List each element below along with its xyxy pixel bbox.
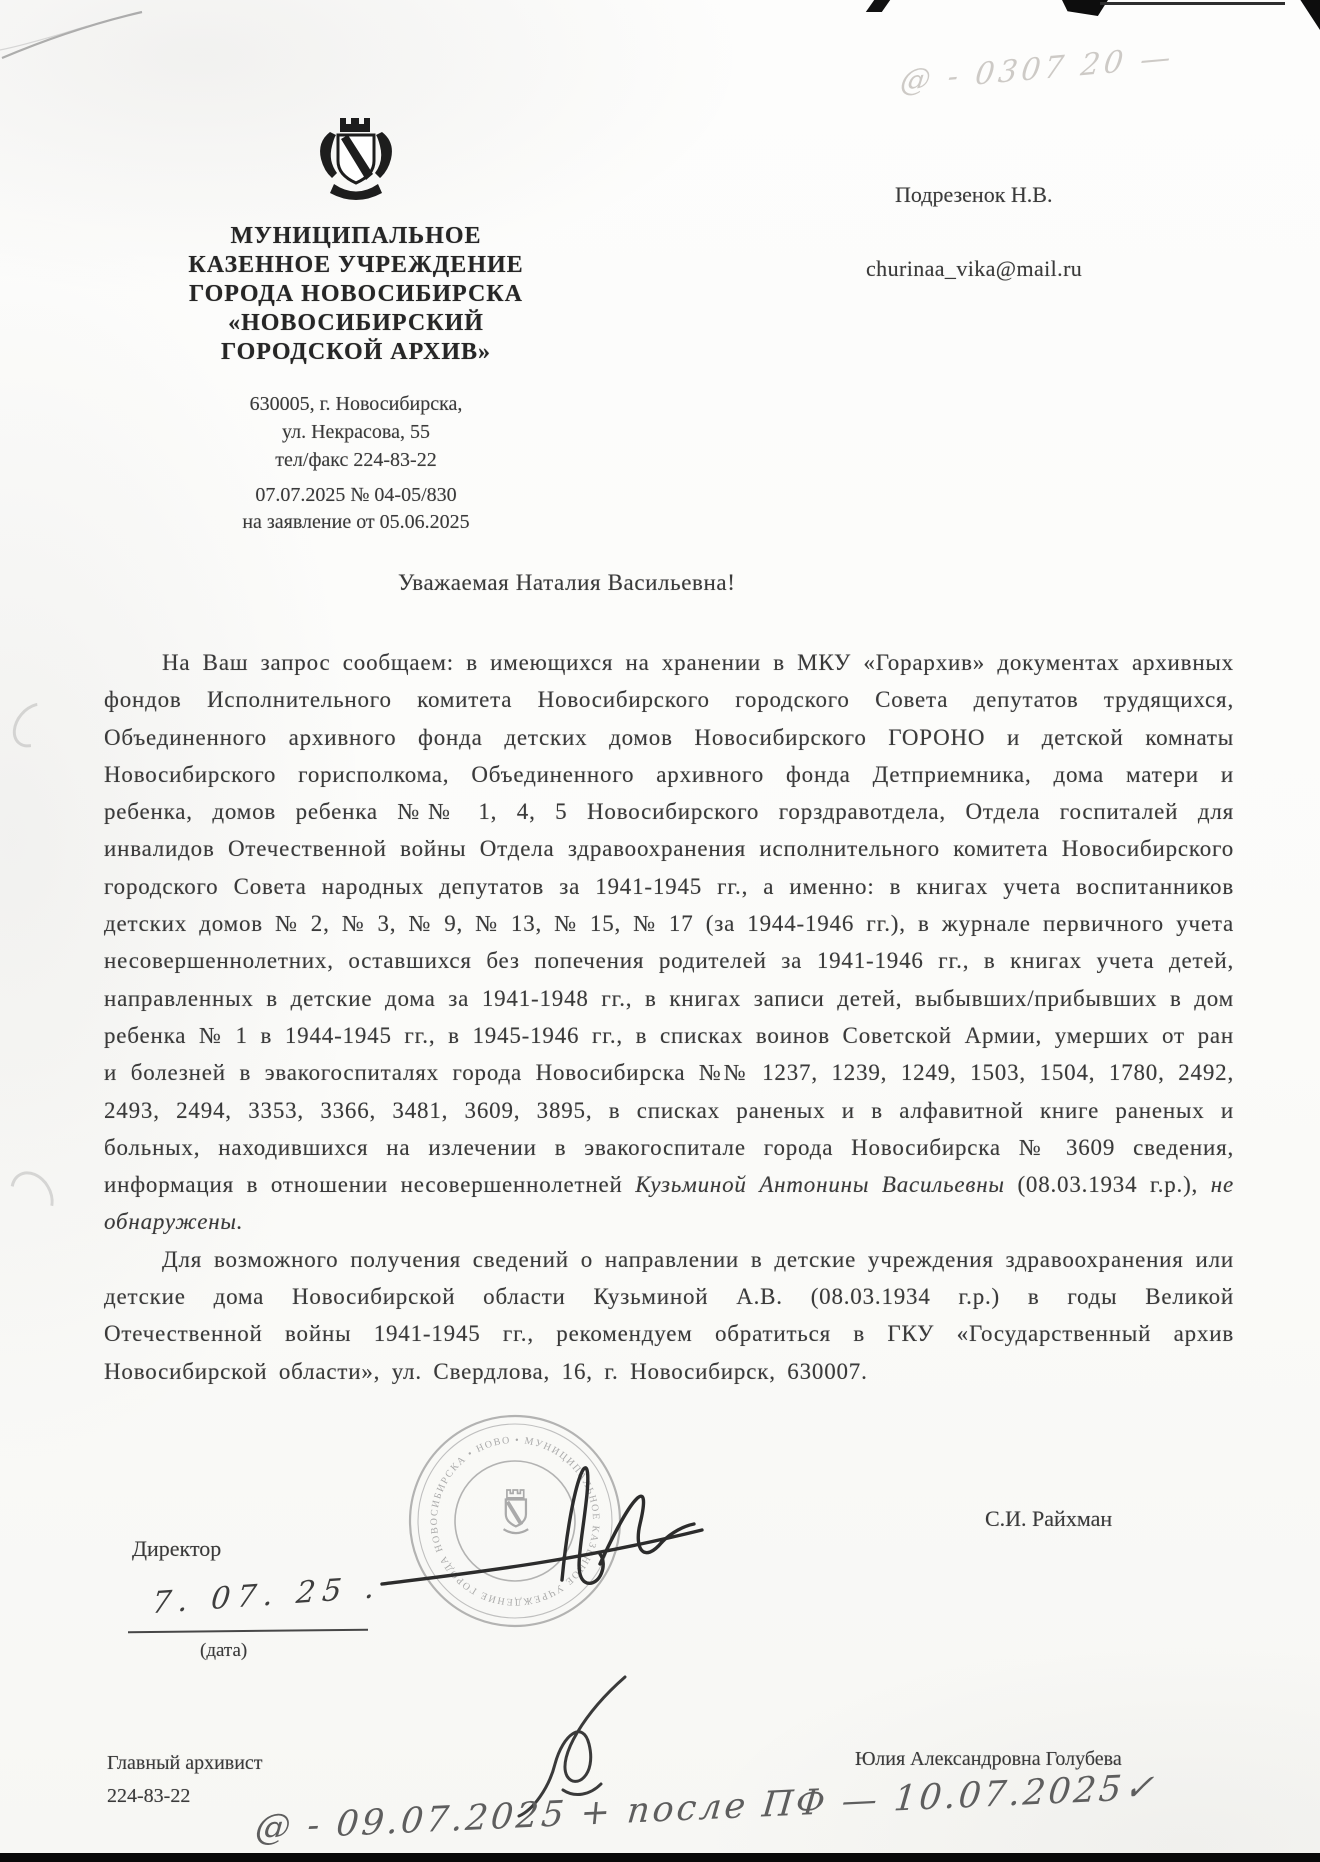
body-paragraph-2: Для возможного получения сведений о напр… [104, 1241, 1234, 1390]
org-address-line: 630005, г. Новосибирска, [128, 390, 584, 418]
reference-block: 07.07.2025 № 04-05/830 на заявление от 0… [128, 482, 584, 536]
org-name-line: МУНИЦИПАЛЬНОЕ [128, 222, 584, 251]
date-caption: (дата) [200, 1640, 247, 1662]
salutation: Уважаемая Наталия Васильевна! [398, 570, 735, 596]
org-name-line: КАЗЕННОЕ УЧРЕЖДЕНИЕ [128, 251, 584, 280]
handwritten-date: 7. 07. 25 . [150, 1570, 383, 1621]
letter-body: На Ваш запрос сообщаем: в имеющихся на х… [104, 644, 1234, 1390]
incoming-request-date: на заявление от 05.06.2025 [128, 509, 584, 536]
chief-archivist-phone: 224-83-22 [107, 1785, 190, 1808]
top-handwritten-note: @ - 0307 20 — [898, 40, 1176, 99]
scanned-letter-page: @ - 0307 20 — МУНИЦИПАЛЬНОЕ КАЗЕННОЕ УЧР… [0, 0, 1320, 1862]
chief-archivist-name: Юлия Александровна Голубева [855, 1748, 1122, 1771]
body-p1-text: На Ваш запрос сообщаем: в имеющихся на х… [104, 650, 1234, 1197]
scan-artifact-topline [1100, 2, 1285, 5]
novosibirsk-coat-of-arms-icon [308, 118, 404, 210]
scan-artifact-corner [1292, 0, 1320, 30]
chief-archivist-title: Главный архивист [107, 1752, 263, 1775]
body-paragraph-1: На Ваш запрос сообщаем: в имеющихся на х… [104, 644, 1234, 1241]
org-name-line: ГОРОДА НОВОСИБИРСКА [128, 280, 584, 309]
date-underline [128, 1629, 368, 1634]
director-signature [372, 1412, 712, 1642]
outgoing-ref-number: 07.07.2025 № 04-05/830 [128, 482, 584, 509]
recipient-name: Подрезенок Н.В. [895, 182, 1052, 208]
recipient-email: churinaa_vika@mail.ru [866, 256, 1082, 282]
scan-artifact-bottom-edge [0, 1853, 1320, 1862]
bottom-handwritten-note: @ - 09.07.2025 + после ПФ — 10.07.2025✓ [254, 1767, 1159, 1848]
org-address: 630005, г. Новосибирска, ул. Некрасова, … [128, 390, 584, 474]
scan-artifact-curl [2, 1163, 63, 1228]
org-address-line: тел/факс 224-83-22 [128, 446, 584, 474]
scan-artifact-mark [866, 0, 890, 12]
director-title: Директор [132, 1536, 221, 1562]
org-name-line: «НОВОСИБИРСКИЙ [128, 309, 584, 338]
body-p1-italic-name: Кузьминой Антонины Васильевны [635, 1172, 1005, 1197]
scan-artifact-curl [4, 694, 64, 755]
director-name: С.И. Райхман [985, 1506, 1112, 1532]
org-name: МУНИЦИПАЛЬНОЕ КАЗЕННОЕ УЧРЕЖДЕНИЕ ГОРОДА… [128, 222, 584, 367]
body-p1-text: (08.03.1934 г.р.), [1005, 1172, 1211, 1197]
org-name-line: ГОРОДСКОЙ АРХИВ» [128, 338, 584, 367]
org-address-line: ул. Некрасова, 55 [128, 418, 584, 446]
scan-artifact-crease [0, 0, 150, 70]
